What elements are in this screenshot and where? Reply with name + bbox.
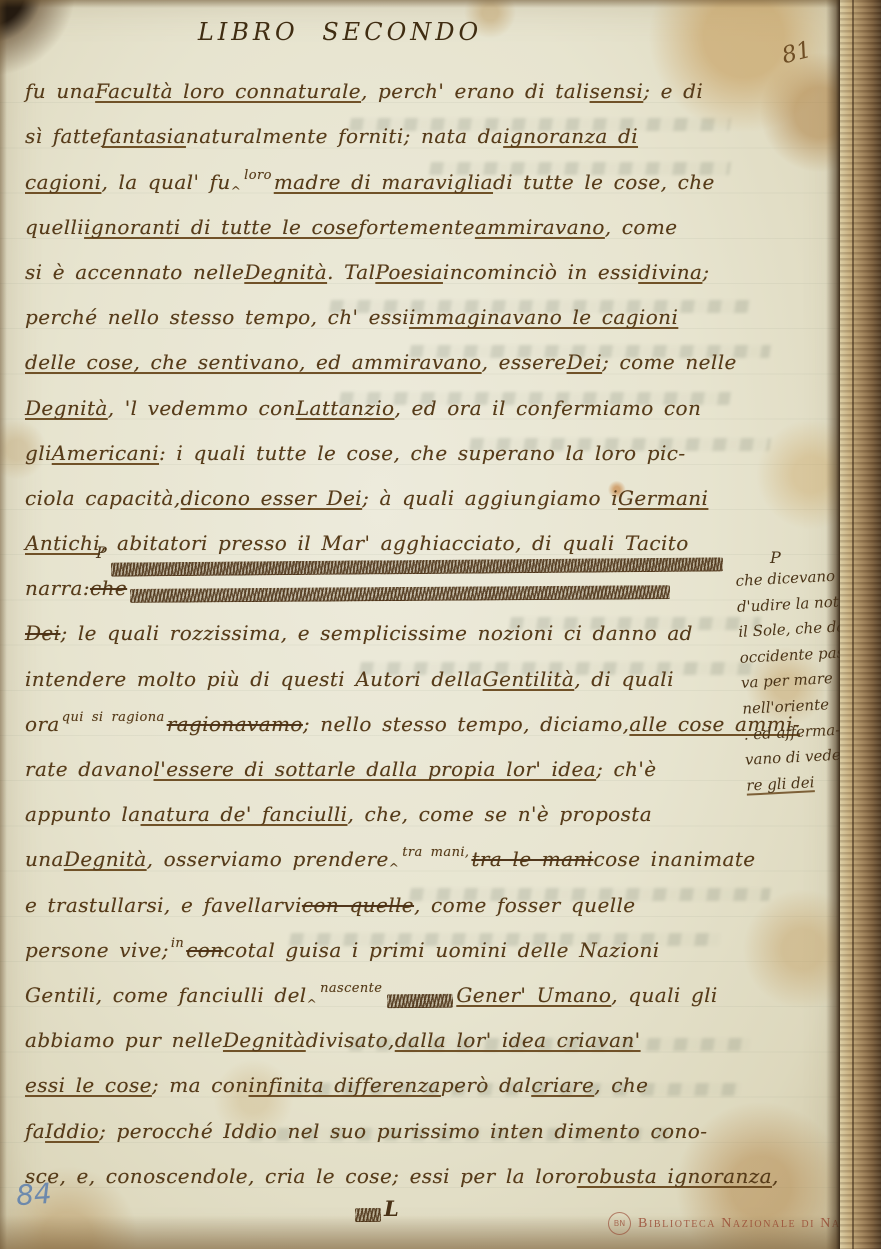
handwritten-text: persone vive; xyxy=(25,938,169,962)
handwritten-text: Degnità xyxy=(223,1028,306,1052)
handwritten-text: immaginavano le cagioni xyxy=(409,305,678,329)
library-stamp-logo-icon: BN xyxy=(608,1212,631,1235)
handwritten-text: ; ch'è xyxy=(596,757,656,781)
handwritten-text: Poesia xyxy=(375,260,443,284)
handwritten-text: divina xyxy=(638,260,702,284)
manuscript-line-17: appunto la natura de' fanciulli, che, co… xyxy=(25,781,785,826)
handwritten-text: ignoranza di xyxy=(503,124,638,148)
book-fore-edge xyxy=(840,0,881,1249)
manuscript-line-13: Dei; le quali rozzissima, e semplicissim… xyxy=(25,600,785,645)
handwritten-text: delle cose, che sentivano, ed ammiravano xyxy=(25,350,482,374)
manuscript-line-14: intendere molto più di questi Autori del… xyxy=(25,645,785,690)
handwritten-text: Gentilità xyxy=(483,667,574,691)
inserted-text: in xyxy=(171,936,184,951)
manuscript-line-24: fa Iddio; perocché Iddio nel suo purissi… xyxy=(25,1097,785,1142)
handwritten-text: , ed ora il confermiamo con xyxy=(394,396,701,420)
handwritten-text: e trastullarsi, e favellarvi xyxy=(25,893,302,917)
handwritten-text: Americani xyxy=(52,441,159,465)
struck-text: tra le mani xyxy=(471,847,593,871)
handwritten-text: cotal guisa i primi uomini delle Nazioni xyxy=(224,938,660,962)
inserted-text: qui si ragiona xyxy=(62,710,165,725)
handwritten-text: infinita differenza xyxy=(249,1073,441,1097)
handwritten-text: ; come nelle xyxy=(602,350,737,374)
handwritten-text: Facultà loro connaturale xyxy=(95,79,361,103)
manuscript-line-10: ciola capacità, dicono esser Dei; à qual… xyxy=(25,465,785,510)
handwritten-text: dicono esser Dei xyxy=(181,486,363,510)
handwritten-text: naturalmente forniti; nata da xyxy=(186,124,503,148)
handwritten-text: sce, e, conoscendole, cria le cose; essi… xyxy=(25,1164,577,1188)
handwritten-text: cose inanimate xyxy=(593,847,755,871)
manuscript-line-18: una Degnità, osserviamo prendere^tra man… xyxy=(25,826,785,871)
handwritten-text: si è accennato nelle xyxy=(25,260,244,284)
manuscript-line-9: gli Americani: i quali tutte le cose, ch… xyxy=(25,420,785,465)
manuscript-line-3: cagioni, la qual' fu^loro madre di marav… xyxy=(25,148,785,193)
manuscript-line-12: narra: che xyxy=(25,555,785,600)
manuscript-line-11: Antichi, abitatori presso il Mar' agghia… xyxy=(25,510,785,555)
handwritten-text: Gener' Umano xyxy=(456,983,611,1007)
quire-signature: L xyxy=(352,1196,399,1221)
handwritten-text: ; le quali rozzissima, e semplicissime n… xyxy=(60,621,692,645)
fore-edge-line xyxy=(852,0,854,1249)
handwritten-text: , che xyxy=(594,1073,648,1097)
handwritten-text: perché nello stesso tempo, ch' essi xyxy=(25,305,409,329)
handwritten-text: l'essere di sottarle dalla propia lor' i… xyxy=(154,757,597,781)
struck-text: ragionavamo xyxy=(167,712,303,736)
manuscript-line-5: si è accennato nelle Degnità. Tal Poesia… xyxy=(25,239,785,284)
handwritten-text: fantasia xyxy=(102,124,186,148)
handwritten-text: divisato, xyxy=(306,1028,395,1052)
handwritten-text: criare xyxy=(531,1073,594,1097)
handwritten-text: incominciò in essi xyxy=(443,260,638,284)
handwritten-text: rate davano xyxy=(25,757,154,781)
inserted-text: loro xyxy=(244,168,272,183)
quire-signature-letter: L xyxy=(384,1196,399,1221)
manuscript-line-1: fu una Facultà loro connaturale, perch' … xyxy=(25,58,785,103)
manuscript-line-23: essi le cose; ma con infinita differenza… xyxy=(25,1052,785,1097)
handwritten-text: , perch' erano di tali xyxy=(361,79,590,103)
handwritten-text: Gentili, come fanciulli del xyxy=(25,983,307,1007)
handwritten-text: , di quali xyxy=(574,667,674,691)
scribbled-out-text xyxy=(355,1208,381,1222)
scribbled-out-text xyxy=(111,557,723,576)
handwritten-text: natura de' fanciulli xyxy=(141,802,348,826)
handwritten-text: madre di maraviglia xyxy=(274,170,493,194)
handwritten-text: fa xyxy=(25,1119,45,1143)
handwritten-text: ora xyxy=(25,712,60,736)
binding-shadow xyxy=(826,0,840,1249)
page-edge-left xyxy=(0,0,7,1249)
handwritten-text: , la qual' fu xyxy=(101,170,230,194)
handwritten-text: però dal xyxy=(441,1073,531,1097)
handwritten-text: essi le cose xyxy=(25,1073,152,1097)
handwritten-text: , come xyxy=(605,215,678,239)
handwritten-text: Degnità xyxy=(25,396,108,420)
handwritten-text: Antichi xyxy=(25,531,100,555)
handwritten-text: dalla lor' idea criavan' xyxy=(395,1028,641,1052)
manuscript-line-16: rate davano l'essere di sottarle dalla p… xyxy=(25,736,785,781)
manuscript-line-25: sce, e, conoscendole, cria le cose; essi… xyxy=(25,1143,785,1188)
handwritten-text: Dei xyxy=(567,350,602,374)
handwritten-text: : i quali tutte le cose, che superano la… xyxy=(159,441,686,465)
manuscript-line-2: sì fatte fantasia naturalmente forniti; … xyxy=(25,103,785,148)
pencil-page-number: 84 xyxy=(15,1177,53,1212)
manuscript-scan: LIBRO SECONDO 81 fu una Facultà loro con… xyxy=(0,0,881,1249)
page-edge-top xyxy=(0,0,845,8)
handwritten-text: Degnità xyxy=(244,260,327,284)
manuscript-line-4: quelli ignoranti di tutte le cose fortem… xyxy=(25,194,785,239)
struck-text: con xyxy=(186,938,223,962)
chapter-heading: LIBRO SECONDO xyxy=(150,18,530,46)
handwritten-text: ; xyxy=(702,260,709,284)
handwritten-text: ; nello stesso tempo, diciamo, xyxy=(303,712,630,736)
manuscript-text: fu una Facultà loro connaturale, perch' … xyxy=(25,58,785,1188)
handwritten-text: cagioni xyxy=(25,170,101,194)
handwritten-text: narra: xyxy=(25,576,90,600)
handwritten-text: , quali gli xyxy=(611,983,717,1007)
handwritten-text: ; e di xyxy=(643,79,703,103)
manuscript-line-7: delle cose, che sentivano, ed ammiravano… xyxy=(25,329,785,374)
handwritten-text: , xyxy=(772,1164,779,1188)
insertion-mark-main: P xyxy=(96,543,107,562)
handwritten-text: di tutte le cose, che xyxy=(493,170,715,194)
handwritten-text: , 'l vedemmo con xyxy=(108,396,296,420)
handwritten-text: Iddio xyxy=(45,1119,99,1143)
manuscript-line-6: perché nello stesso tempo, ch' essi imma… xyxy=(25,284,785,329)
manuscript-line-20: persone vive; incon cotal guisa i primi … xyxy=(25,917,785,962)
handwritten-text: gli xyxy=(25,441,52,465)
handwritten-text: ; ma con xyxy=(152,1073,249,1097)
handwritten-text: Germani xyxy=(618,486,708,510)
inserted-text: nascente xyxy=(320,981,382,996)
handwritten-text: Degnità xyxy=(64,847,147,871)
handwritten-text: quelli xyxy=(25,215,84,239)
handwritten-text: ciola capacità, xyxy=(25,486,181,510)
manuscript-line-15: ora qui si ragionaragionavamo; nello ste… xyxy=(25,691,785,736)
handwritten-text: fortemente xyxy=(358,215,474,239)
handwritten-text: ; à quali aggiungiamo i xyxy=(362,486,618,510)
struck-text: con quelle xyxy=(302,893,414,917)
handwritten-text: sensi xyxy=(590,79,644,103)
inserted-text: tra mani, xyxy=(402,845,469,860)
handwritten-text: ; perocché Iddio nel suo purissimo inten… xyxy=(99,1119,707,1143)
handwritten-text: ignoranti di tutte le cose xyxy=(84,215,358,239)
manuscript-line-22: abbiamo pur nelle Degnità divisato, dall… xyxy=(25,1007,785,1052)
handwritten-text: ammiravano xyxy=(475,215,605,239)
handwritten-text: , che, come se n'è proposta xyxy=(347,802,652,826)
insertion-mark-margin: P xyxy=(770,548,781,567)
manuscript-line-21: Gentili, come fanciulli del ^nascente Ge… xyxy=(25,962,785,1007)
handwritten-text: . Tal xyxy=(327,260,375,284)
handwritten-text: una xyxy=(25,847,64,871)
handwritten-text: intendere molto più di questi Autori del… xyxy=(25,667,483,691)
handwritten-text: abbiamo pur nelle xyxy=(25,1028,223,1052)
handwritten-text: appunto la xyxy=(25,802,141,826)
manuscript-line-19: e trastullarsi, e favellarvi con quelle,… xyxy=(25,871,785,916)
handwritten-text: fu una xyxy=(25,79,95,103)
struck-text: che xyxy=(90,576,127,600)
handwritten-text: , essere xyxy=(482,350,567,374)
handwritten-text: , osserviamo prendere xyxy=(147,847,389,871)
struck-text: Dei xyxy=(25,621,60,645)
handwritten-text: robusta ignoranza xyxy=(577,1164,772,1188)
manuscript-line-8: Degnità, 'l vedemmo con Lattanzio, ed or… xyxy=(25,374,785,419)
handwritten-text: sì fatte xyxy=(25,124,102,148)
handwritten-text: , come fosser quelle xyxy=(414,893,636,917)
handwritten-text: Lattanzio xyxy=(296,396,395,420)
handwritten-text: , abitatori presso il Mar' agghiacciato,… xyxy=(100,531,689,555)
